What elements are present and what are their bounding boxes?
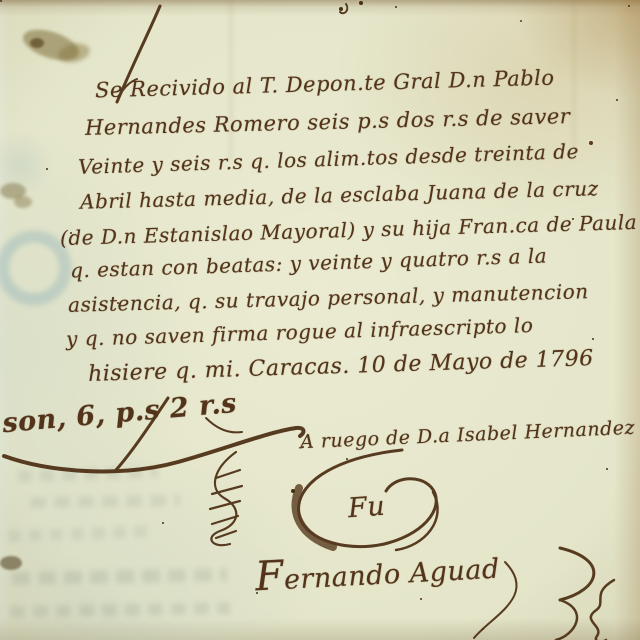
manuscript-line: Veinte y seis r.s q. los alim.tos desde … <box>78 139 579 179</box>
bleedthrough-text-row <box>8 526 148 543</box>
ink-specks <box>0 0 2 2</box>
bleedthrough-text-row <box>18 466 158 483</box>
ink-blotch-top-left-tail <box>56 41 91 65</box>
manuscript-line: (de D.n Estanislao Mayoral) y su hija Fr… <box>60 210 638 250</box>
stamp-bleed-faint <box>0 130 50 200</box>
manuscript-line: q. estan con beatas: y veinte y quatro r… <box>70 244 548 283</box>
left-edge-stain-1 <box>0 183 26 199</box>
manuscript-line: Abril hasta media, de la esclaba Juana d… <box>80 176 599 214</box>
ink-blotch-core <box>30 38 44 48</box>
left-edge-stain-3 <box>0 556 22 570</box>
ink-blotch-top-left <box>19 24 82 67</box>
manuscript-line: Hernandes Romero seis p.s dos r.s de sav… <box>85 104 571 140</box>
manuscript-line: Se Recivido al T. Depon.te Gral D.n Pabl… <box>95 66 555 103</box>
signature-name: Fernando Aguad <box>254 540 501 601</box>
bleedthrough-text-row <box>30 495 180 509</box>
bottom-right-flourish <box>591 580 614 640</box>
attestation-line: A ruego de D.a Isabel Hernandez <box>300 417 636 454</box>
bleedthrough-text-row <box>10 602 230 618</box>
left-edge-stain-2 <box>14 196 32 208</box>
rubric-initials: Fu <box>347 491 386 525</box>
manuscript-line: hisiere q. mi. Caracas. 10 de Mayo de 17… <box>88 346 594 387</box>
manuscript-line: y q. no saven firma rogue al infraescrip… <box>66 313 534 351</box>
manuscript-page: Se Recivido al T. Depon.te Gral D.n Pabl… <box>0 0 640 640</box>
margin-amount-note: son, 6, p.s 2 r.s <box>1 388 238 439</box>
manuscript-line: asistencia, q. su travajo personal, y ma… <box>68 279 589 317</box>
braided-rubric <box>210 452 242 545</box>
top-tick-mark <box>340 4 347 13</box>
bleedthrough-text-row <box>12 568 227 585</box>
paper-crease <box>573 0 575 150</box>
